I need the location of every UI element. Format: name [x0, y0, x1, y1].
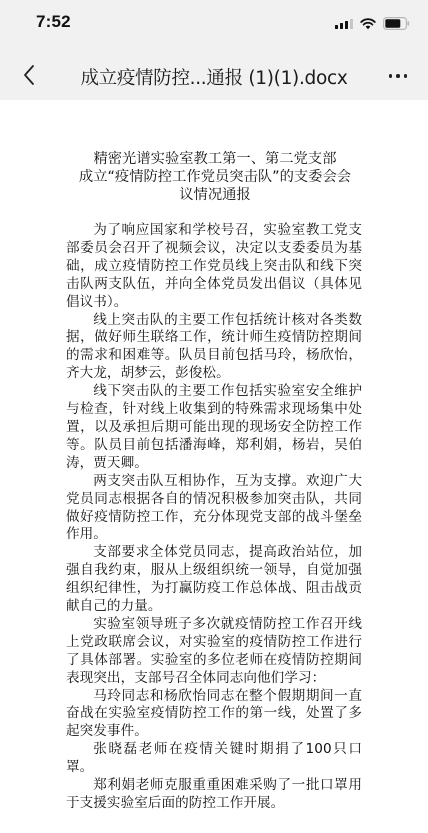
status-icons	[335, 17, 410, 30]
heading-line: 议情况通报	[60, 186, 370, 204]
status-bar: 7:52	[0, 0, 428, 44]
battery-icon	[383, 17, 410, 30]
document-viewer[interactable]: 精密光谱实验室教工第一、第二党支部 成立“疫情防控工作党员突击队”的支委会会 议…	[0, 100, 428, 833]
paragraph-offline-team: 线下突击队的主要工作包括实验室安全维护与检查，针对线上收集到的特殊需求现场集中处…	[66, 383, 362, 473]
app-header: 7:52 成立疫情防控...	[0, 0, 428, 100]
paragraph-cooperation: 两支突击队互相协作，互为支撑。欢迎广大党员同志根据各自的情况积极参加突击队，共同…	[66, 473, 362, 545]
navigation-bar: 成立疫情防控...通报 (1)(1).docx	[0, 54, 428, 98]
paragraph-commendation-3: 郑利娟老师克服重重困难采购了一批口罩用于支援实验室后面的防控工作开展。	[66, 777, 362, 813]
more-options-button[interactable]	[382, 62, 414, 90]
chevron-left-icon	[22, 64, 36, 86]
ellipsis-dot-icon	[396, 74, 400, 78]
ellipsis-dot-icon	[404, 74, 408, 78]
status-time: 7:52	[36, 12, 71, 32]
paragraph-commendation-2: 张晓磊老师在疫情关键时期捐了100只口罩。	[66, 741, 362, 777]
ellipsis-dot-icon	[389, 74, 393, 78]
heading-line: 成立“疫情防控工作党员突击队”的支委会会	[60, 168, 370, 186]
paragraph-leadership: 实验室领导班子多次就疫情防控工作召开线上党政联席会议，对实验室的疫情防控工作进行…	[66, 616, 362, 688]
paragraph-online-team: 线上突击队的主要工作包括统计核对各类数据，做好师生联络工作，统计师生疫情防控期间…	[66, 312, 362, 384]
document-body: 为了响应国家和学校号召，实验室教工党支部委员会召开了视频会议，决定以支委委员为基…	[66, 217, 362, 813]
document-filename-title: 成立疫情防控...通报 (1)(1).docx	[60, 64, 368, 90]
cellular-signal-icon	[335, 19, 353, 29]
back-button[interactable]	[14, 60, 44, 90]
wifi-icon	[360, 18, 376, 30]
paragraph-commendation-1: 马玲同志和杨欣怡同志在整个假期期间一直奋战在实验室疫情防控工作的第一线，处置了多…	[66, 688, 362, 742]
document-heading: 精密光谱实验室教工第一、第二党支部 成立“疫情防控工作党员突击队”的支委会会 议…	[60, 150, 370, 204]
paragraph-intro: 为了响应国家和学校号召，实验室教工党支部委员会召开了视频会议，决定以支委委员为基…	[66, 222, 362, 312]
heading-line: 精密光谱实验室教工第一、第二党支部	[60, 150, 370, 168]
paragraph-requirements: 支部要求全体党员同志，提高政治站位，加强自我约束，服从上级组织统一领导，自觉加强…	[66, 544, 362, 616]
